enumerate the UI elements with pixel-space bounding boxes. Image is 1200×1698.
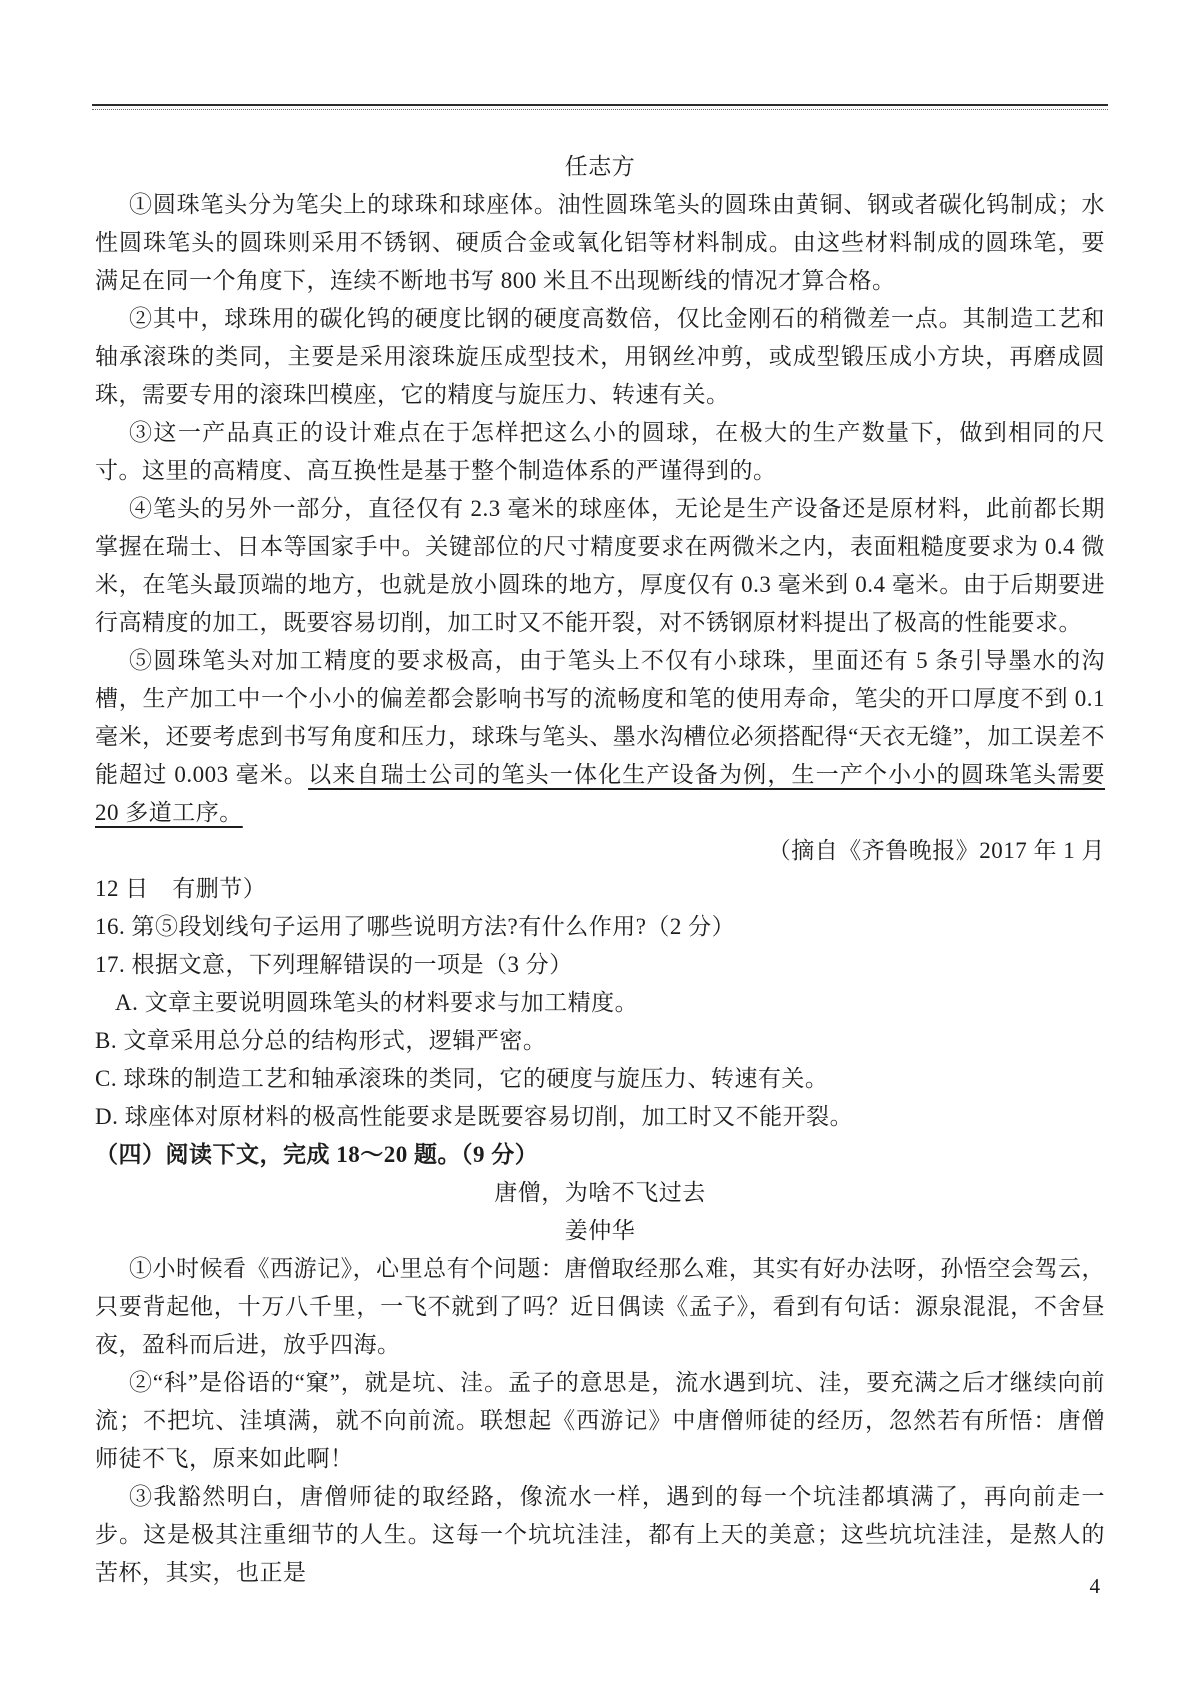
essay1-paragraph-3: ③这一产品真正的设计难点在于怎样把这么小的圆球，在极大的生产数量下，做到相同的尺… xyxy=(95,414,1105,490)
citation-line-2: 12 日 有删节） xyxy=(95,870,1105,908)
essay2-author: 姜仲华 xyxy=(95,1212,1105,1250)
question-17-option-a: A. 文章主要说明圆珠笔头的材料要求与加工精度。 xyxy=(95,984,1105,1022)
essay1-author: 任志方 xyxy=(95,148,1105,186)
document-page: 任志方 ①圆珠笔头分为笔尖上的球珠和球座体。油性圆珠笔头的圆珠由黄铜、钢或者碳化… xyxy=(0,0,1200,1698)
essay1-paragraph-1: ①圆珠笔头分为笔尖上的球珠和球座体。油性圆珠笔头的圆珠由黄铜、钢或者碳化钨制成；… xyxy=(95,186,1105,300)
page-number: 4 xyxy=(1090,1574,1101,1598)
header-rule xyxy=(92,104,1108,110)
question-17-option-b: B. 文章采用总分总的结构形式，逻辑严密。 xyxy=(95,1022,1105,1060)
question-17: 17. 根据文意，下列理解错误的一项是（3 分） xyxy=(95,946,1105,984)
essay1-paragraph-4: ④笔头的另外一部分，直径仅有 2.3 毫米的球座体，无论是生产设备还是原材料，此… xyxy=(95,490,1105,642)
essay2-paragraph-3: ③我豁然明白，唐僧师徒的取经路，像流水一样，遇到的每一个坑洼都填满了，再向前走一… xyxy=(95,1478,1105,1592)
essay2-paragraph-1: ①小时候看《西游记》，心里总有个问题：唐僧取经那么难，其实有好办法呀，孙悟空会驾… xyxy=(95,1250,1105,1364)
page-content: 任志方 ①圆珠笔头分为笔尖上的球珠和球座体。油性圆珠笔头的圆珠由黄铜、钢或者碳化… xyxy=(95,130,1105,1592)
essay2-paragraph-2: ②“科”是俗语的“窠”，就是坑、洼。孟子的意思是，流水遇到坑、洼，要充满之后才继… xyxy=(95,1364,1105,1478)
question-16: 16. 第⑤段划线句子运用了哪些说明方法?有什么作用?（2 分） xyxy=(95,908,1105,946)
question-17-option-c: C. 球珠的制造工艺和轴承滚珠的类同，它的硬度与旋压力、转速有关。 xyxy=(95,1060,1105,1098)
question-17-option-d: D. 球座体对原材料的极高性能要求是既要容易切削，加工时又不能开裂。 xyxy=(95,1098,1105,1136)
essay1-paragraph-5: ⑤圆珠笔头对加工精度的要求极高，由于笔头上不仅有小球珠，里面还有 5 条引导墨水… xyxy=(95,642,1105,832)
citation-line-1: （摘自《齐鲁晚报》2017 年 1 月 xyxy=(95,832,1105,870)
essay2-title: 唐僧，为啥不飞过去 xyxy=(95,1174,1105,1212)
essay1-paragraph-2: ②其中，球珠用的碳化钨的硬度比钢的硬度高数倍，仅比金刚石的稍微差一点。其制造工艺… xyxy=(95,300,1105,414)
section-4-header: （四）阅读下文，完成 18～20 题。（9 分） xyxy=(95,1136,1105,1174)
